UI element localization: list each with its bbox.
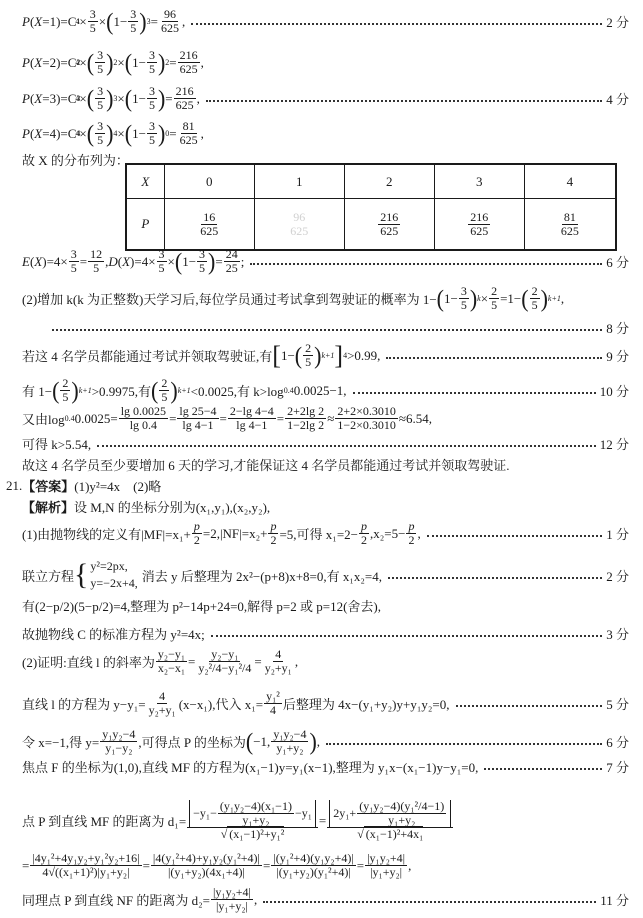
result-fraction: 81625 — [178, 120, 200, 147]
dot-leader — [97, 444, 596, 447]
dot-leader — [211, 634, 602, 637]
table-cell: X — [126, 164, 164, 199]
table-cell: 96625 — [254, 199, 344, 251]
table-header-row: X 0 1 2 3 4 — [126, 164, 616, 199]
score-mark: 5 分 — [606, 694, 629, 713]
focus-line: 焦点 F 的坐标为(1,0),直线 MF 的方程为(x₁−1)y=y₁(x−1)… — [22, 757, 629, 776]
inequality-line: 有 1−(25)k+1>0.9975,有(25)k+1<0.0025,有 k>l… — [22, 377, 629, 404]
prob-x3-line: P(X=3)=C34×(35)3×(1−35)= 216625, 4 分 — [22, 85, 629, 112]
score-mark: 2 分 — [606, 566, 629, 585]
score-mark: 4 分 — [606, 89, 629, 108]
table-row: P 16625 96625 216625 216625 81625 — [126, 199, 616, 251]
prob-x2-line: P(X=2)=C24×(35)2×(1−35)2= 216625, — [22, 49, 629, 76]
score-mark: 10 分 — [600, 381, 629, 400]
table-cell: 1 — [254, 164, 344, 199]
distance-simplify-line: =|4y₁²+4y₁y₂+y₁²y₂+16|4√((x₁+1)²)|y₁+y₂|… — [22, 852, 629, 879]
q21-analysis-line: 【解析】设 M,N 的坐标分别为(x₁,y₁),(x₂,y₂), — [22, 497, 629, 516]
dot-leader — [484, 767, 602, 770]
table-cell: P — [126, 199, 164, 251]
dot-leader — [326, 742, 602, 745]
dot-leader — [456, 704, 603, 707]
table-cell: 216625 — [344, 199, 434, 251]
dot-leader — [388, 576, 602, 579]
answer-tag: 【答案】 — [22, 476, 74, 495]
conclusion-line: 故这 4 名学员至少要增加 6 天的学习,才能保证这 4 名学员都能通过考试并领… — [22, 455, 629, 474]
table-cell: 3 — [434, 164, 524, 199]
score-mark: 12 分 — [600, 434, 629, 453]
result-fraction: 216625 — [174, 85, 196, 112]
expectation-line: E(X)=4×35=125,D(X)=4×35×(1−35)=2425; 6 分 — [22, 248, 629, 275]
dot-leader — [206, 99, 602, 102]
dot-leader — [191, 22, 602, 25]
step2-line: 联立方程{ y²=2px,y=−2x+4, 消去 y 后整理为 2x²−(p+8… — [22, 558, 629, 592]
prob-x4-line: P(X=4)=C44×(35)4×(1−35)0= 81625, — [22, 120, 629, 147]
log-calc-line: 又由log0.40.0025= lg 0.0025lg 0.4= lg 25−4… — [22, 405, 629, 432]
part2-intro-line: (2)增加 k(k 为正整数)天学习后,每位学员通过考试拿到驾驶证的概率为 1−… — [22, 285, 629, 312]
dot-leader — [52, 328, 602, 331]
distribution-table: X 0 1 2 3 4 P 16625 96625 216625 216625 … — [125, 163, 617, 251]
table-cell: 4 — [524, 164, 616, 199]
score-mark: 1 分 — [606, 524, 629, 543]
table-cell: 2 — [344, 164, 434, 199]
dot-leader — [353, 391, 596, 394]
question-number: 21. — [6, 478, 22, 494]
distance-d1-line: 点 P 到直线 MF 的距离为 d₁= −y₁−(y₁y₂−4)(x₁−1)y₁… — [22, 800, 629, 841]
result-fraction: 96625 — [159, 8, 181, 35]
result-fraction: 216625 — [178, 49, 200, 76]
table-cell: 81625 — [524, 199, 616, 251]
prob-x1-line: P(X=1)=C14× 35×(1−35)3= 96625, 2 分 — [22, 8, 629, 35]
table-cell: 16625 — [164, 199, 254, 251]
slope-line: (2)证明:直线 l 的斜率为 y₂−y₁x₂−x₁= y₂−y₁y₂²/4−y… — [22, 648, 629, 675]
score-mark: 11 分 — [600, 890, 629, 909]
condition-line: 若这 4 名学员都能通过考试并领取驾驶证,有[1−(25)k+1]4>0.99,… — [22, 342, 629, 369]
dot-leader — [427, 534, 603, 537]
score-mark: 7 分 — [606, 757, 629, 776]
distance-d2-line: 同理点 P 到直线 NF 的距离为 d₂=|y₁y₂+4||y₁+y₂|, 11… — [22, 886, 629, 913]
step1-line: (1)由抛物线的定义有|MF|=x₁+p2=2,|NF|=x₂+p2=5,可得 … — [22, 520, 629, 547]
table-cell: 216625 — [434, 199, 524, 251]
q21-answer-line: 21.【答案】(1)y²=4x (2)略 — [6, 476, 629, 495]
score-mark: 2 分 — [606, 12, 629, 31]
dot-leader — [386, 356, 602, 359]
score-mark: 9 分 — [606, 346, 629, 365]
step4-line: 故抛物线 C 的标准方程为 y²=4x; 3 分 — [22, 624, 629, 643]
score-mark: 8 分 — [606, 318, 629, 337]
fraction: 35 — [88, 8, 98, 35]
score-mark: 3 分 — [606, 624, 629, 643]
point-p-line: 令 x=−1,得 y=y₁y₂−4y₁−y₂,可得点 P 的坐标为(−1,y₁y… — [22, 728, 629, 755]
dot-leader — [250, 262, 602, 265]
table-cell: 0 — [164, 164, 254, 199]
line-equation-line: 直线 l 的方程为 y−y₁=4y₂+y₁(x−x₁),代入 x₁=y₁²4后整… — [22, 690, 629, 717]
score-mark: 6 分 — [606, 252, 629, 271]
part2-score-line: 8 分 — [22, 318, 629, 337]
analysis-tag: 【解析】 — [22, 497, 74, 516]
dot-leader — [263, 900, 596, 903]
score-mark: 6 分 — [606, 732, 629, 751]
k-result-line: 可得 k>5.54, 12 分 — [22, 434, 629, 453]
step3-line: 有(2−p/2)(5−p/2)=4,整理为 p²−14p+24=0,解得 p=2… — [22, 596, 629, 615]
